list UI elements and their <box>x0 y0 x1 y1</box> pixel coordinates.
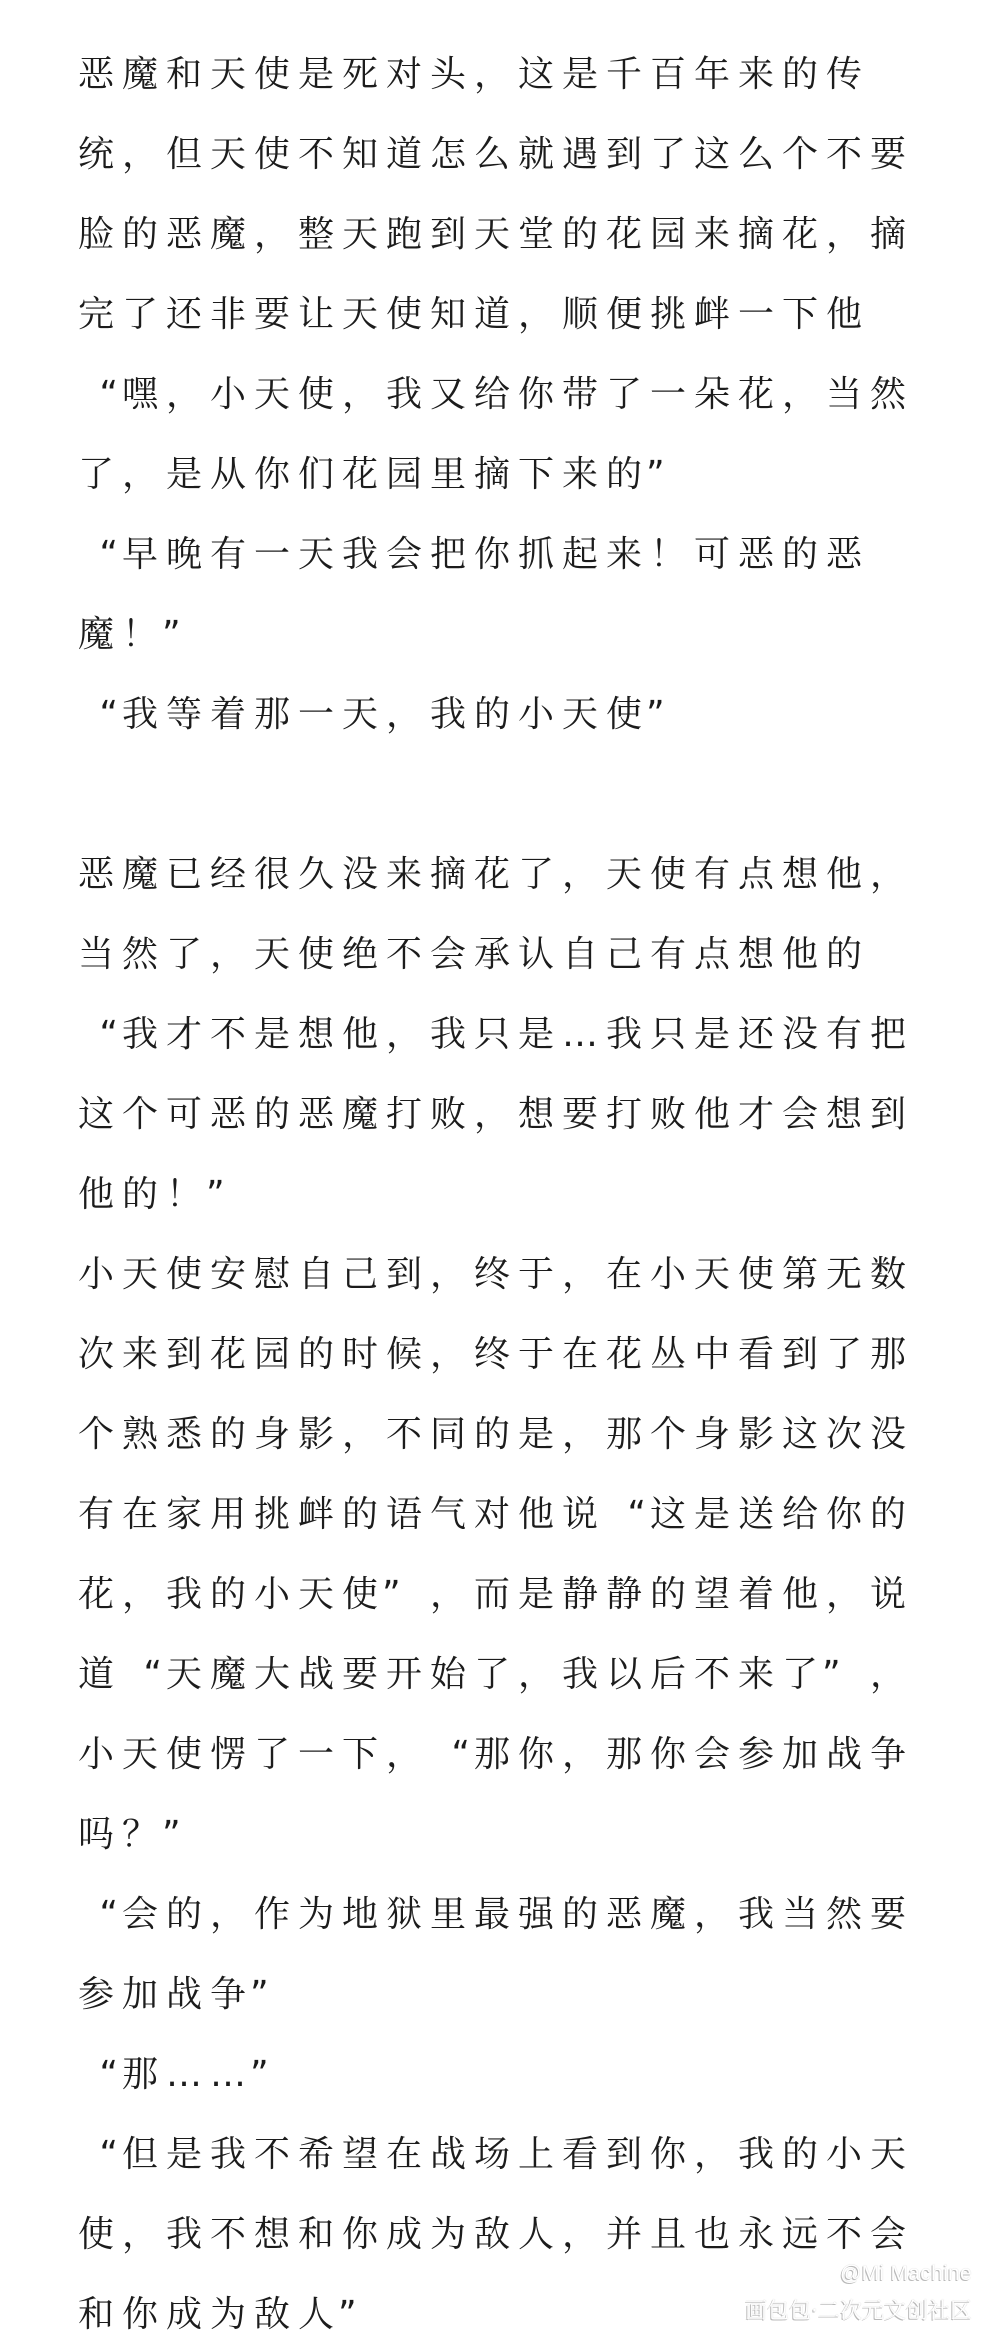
text-line: “但是我不希望在战场上看到你，我的小天 <box>74 2115 954 2195</box>
text-line: 有在家用挑衅的语气对他说“这是送给你的 <box>74 1475 954 1555</box>
text-line: 次来到花园的时候，终于在花丛中看到了那 <box>74 1315 954 1395</box>
text-line: 参加战争” <box>74 1955 954 2035</box>
text-line: “嘿，小天使，我又给你带了一朵花，当然 <box>74 355 954 435</box>
paragraph-1: 恶魔和天使是死对头，这是千百年来的传 统，但天使不知道怎么就遇到了这么个不要 脸… <box>74 35 954 755</box>
text-line: 他的！” <box>74 1155 954 1235</box>
watermark-site: 画包包·二次元文创社区 <box>745 2294 972 2325</box>
text-line: 恶魔已经很久没来摘花了，天使有点想他， <box>74 835 954 915</box>
text-line: 了，是从你们花园里摘下来的” <box>74 435 954 515</box>
text-line: 魔！” <box>74 595 954 675</box>
text-line: 使，我不想和你成为敌人，并且也永远不会 <box>74 2195 954 2275</box>
story-text: 恶魔和天使是死对头，这是千百年来的传 统，但天使不知道怎么就遇到了这么个不要 脸… <box>74 35 954 2348</box>
text-line: “早晚有一天我会把你抓起来！可恶的恶 <box>74 515 954 595</box>
text-line: 小天使愣了一下，“那你，那你会参加战争 <box>74 1715 954 1795</box>
text-line: 脸的恶魔，整天跑到天堂的花园来摘花，摘 <box>74 195 954 275</box>
text-line: 吗？” <box>74 1795 954 1875</box>
text-line: 个熟悉的身影，不同的是，那个身影这次没 <box>74 1395 954 1475</box>
text-line: “我等着那一天，我的小天使” <box>74 675 954 755</box>
paragraph-2: 恶魔已经很久没来摘花了，天使有点想他， 当然了，天使绝不会承认自己有点想他的 “… <box>74 835 954 2348</box>
text-line: 完了还非要让天使知道，顺便挑衅一下他 <box>74 275 954 355</box>
watermark-author: @Mi Machine <box>840 2262 972 2286</box>
text-line: “我才不是想他，我只是…我只是还没有把 <box>74 995 954 1075</box>
text-line: 恶魔和天使是死对头，这是千百年来的传 <box>74 35 954 115</box>
text-line: 这个可恶的恶魔打败，想要打败他才会想到 <box>74 1075 954 1155</box>
text-line: 花，我的小天使”，而是静静的望着他，说 <box>74 1555 954 1635</box>
text-line: 小天使安慰自己到，终于，在小天使第无数 <box>74 1235 954 1315</box>
text-line: “会的，作为地狱里最强的恶魔，我当然要 <box>74 1875 954 1955</box>
text-line: “那……” <box>74 2035 954 2115</box>
text-line: 当然了，天使绝不会承认自己有点想他的 <box>74 915 954 995</box>
text-line: 统，但天使不知道怎么就遇到了这么个不要 <box>74 115 954 195</box>
text-line: 道“天魔大战要开始了，我以后不来了”， <box>74 1635 954 1715</box>
